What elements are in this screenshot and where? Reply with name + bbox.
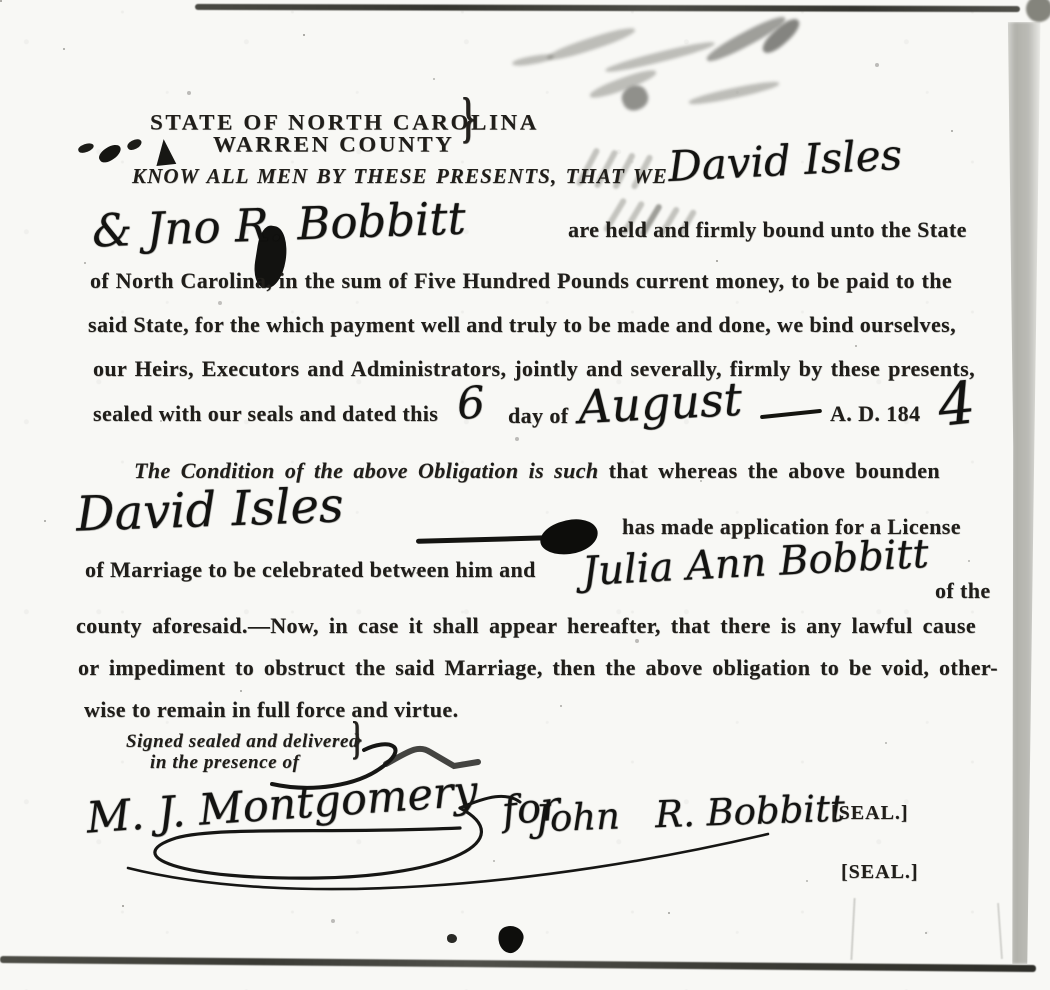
ink-smudge (688, 79, 780, 108)
opening-printed-continuation: are held and firmly bound unto the State (568, 217, 967, 243)
condition-impediment-line: or impediment to obstruct the said Marri… (78, 655, 998, 681)
handwritten-name-jno-bobbitt: & Jno R. Bobbitt (91, 191, 466, 257)
ink-blot (126, 137, 143, 152)
condition-county-line: county aforesaid.—Now, in case it shall … (76, 613, 976, 639)
seal-text-1: [SEAL.] (831, 802, 909, 825)
scanned-marriage-bond: STATE OF NORTH CAROLINA WARREN COUNTY } … (0, 0, 1050, 990)
body-line-3: our Heirs, Executors and Administrators,… (93, 356, 975, 382)
ink-blot-triangle (154, 138, 177, 166)
paper-crease (997, 903, 1003, 959)
body-line-4-year-prefix: A. D. 184 (830, 401, 920, 427)
body-line-1: of North Carolina, in the sum of Five Hu… (90, 268, 952, 294)
condition-marriage-line: of Marriage to be celebrated between him… (85, 557, 536, 583)
scan-edge-top (195, 4, 1020, 12)
opening-printed-lead: KNOW ALL MEN BY THESE PRESENTS, THAT WE (132, 164, 668, 189)
handwritten-month-tail (760, 409, 822, 419)
handwritten-day: 6 (455, 377, 486, 430)
handwritten-month: August (577, 372, 744, 435)
condition-of-the: of the (935, 578, 991, 604)
handwritten-rule-dash (416, 535, 550, 544)
scan-edge-corner-blob (1026, 0, 1050, 22)
ink-smudge (545, 24, 636, 64)
condition-close-line: wise to remain in full force and virtue. (84, 697, 459, 723)
condition-italic-lead: The Condition of the above Obligation is… (134, 458, 599, 483)
ink-blot (495, 924, 525, 956)
paper-crease (850, 898, 855, 960)
ink-blot (447, 934, 457, 943)
ink-blot (96, 141, 123, 165)
handwritten-year-digit: 4 (935, 368, 979, 439)
handwritten-groom-name: David Isles (75, 477, 344, 542)
scan-edge-bottom (0, 956, 1036, 972)
body-line-4-prefix: sealed with our seals and dated this (93, 401, 438, 427)
handwritten-bride-name: Julia Ann Bobbitt (581, 531, 930, 595)
body-line-2: said State, for the which payment well a… (88, 312, 956, 338)
header-brace: } (462, 85, 475, 150)
handwritten-name-david-isles: David Isles (667, 130, 903, 191)
ink-blot (77, 142, 95, 155)
ink-smudge (512, 52, 555, 67)
ink-smudge (604, 39, 715, 76)
header-county-line: WARREN COUNTY (213, 133, 454, 158)
body-line-4-middle: day of (508, 403, 568, 429)
scan-edge-right-band (1000, 22, 1044, 964)
paper-specks (0, 0, 2, 2)
seal-text-2: [SEAL.] (841, 861, 919, 884)
condition-printed-rest: that whereas the above bounden (599, 458, 940, 483)
